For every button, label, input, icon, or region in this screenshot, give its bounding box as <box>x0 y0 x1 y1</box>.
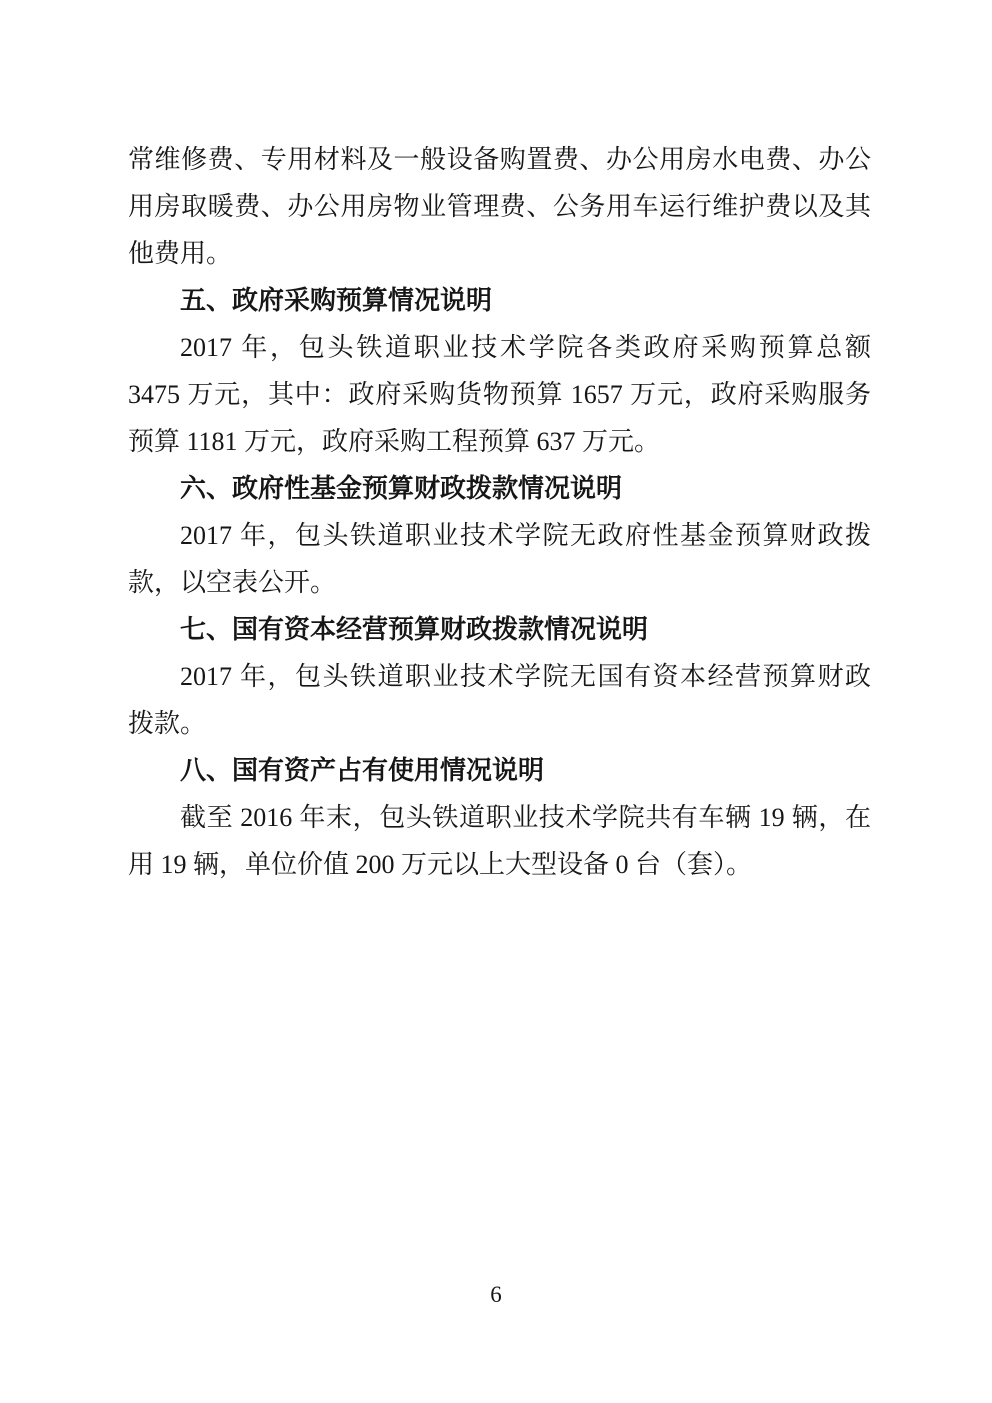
body-line: 他费用。 <box>128 230 871 277</box>
body-line: 截至 2016 年末，包头铁道职业技术学院共有车辆 19 辆，在 <box>128 794 871 841</box>
body-line: 款，以空表公开。 <box>128 559 871 606</box>
body-line: 用房取暖费、办公用房物业管理费、公务用车运行维护费以及其 <box>128 183 871 230</box>
body-line: 2017 年，包头铁道职业技术学院无政府性基金预算财政拨 <box>128 512 871 559</box>
heading-section-8: 八、国有资产占有使用情况说明 <box>128 747 871 794</box>
body-line: 用 19 辆，单位价值 200 万元以上大型设备 0 台（套）。 <box>128 841 871 888</box>
heading-section-6: 六、政府性基金预算财政拨款情况说明 <box>128 465 871 512</box>
document-page: 常维修费、专用材料及一般设备购置费、办公用房水电费、办公 用房取暖费、办公用房物… <box>0 0 992 1403</box>
document-body: 常维修费、专用材料及一般设备购置费、办公用房水电费、办公 用房取暖费、办公用房物… <box>128 136 871 888</box>
heading-section-7: 七、国有资本经营预算财政拨款情况说明 <box>128 606 871 653</box>
page-number: 6 <box>0 1282 992 1308</box>
heading-section-5: 五、政府采购预算情况说明 <box>128 277 871 324</box>
body-line: 2017 年，包头铁道职业技术学院各类政府采购预算总额 <box>128 324 871 371</box>
body-line: 3475 万元，其中：政府采购货物预算 1657 万元，政府采购服务 <box>128 371 871 418</box>
body-line: 常维修费、专用材料及一般设备购置费、办公用房水电费、办公 <box>128 136 871 183</box>
body-line: 2017 年，包头铁道职业技术学院无国有资本经营预算财政 <box>128 653 871 700</box>
body-line: 预算 1181 万元，政府采购工程预算 637 万元。 <box>128 418 871 465</box>
body-line: 拨款。 <box>128 700 871 747</box>
